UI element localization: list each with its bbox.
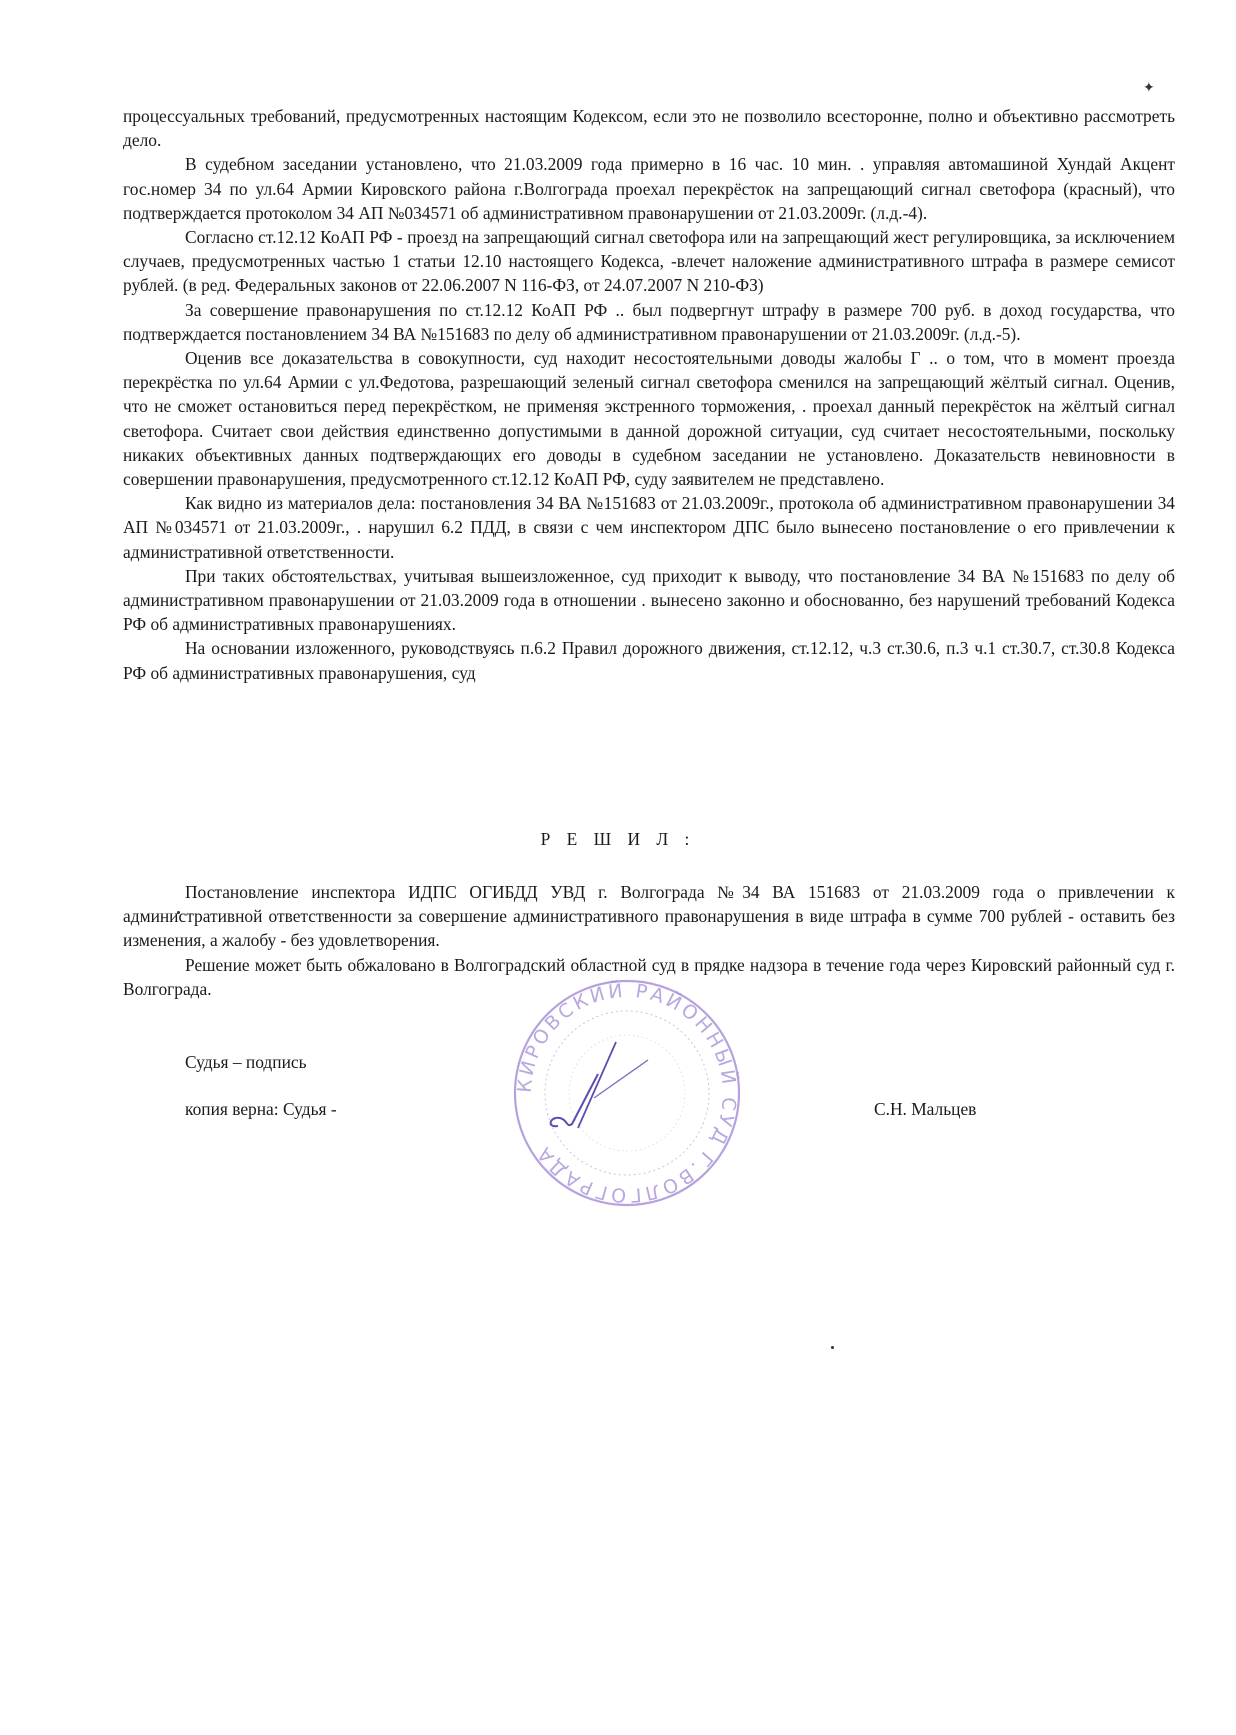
scan-mark: ✦ — [1143, 80, 1155, 97]
document-body: процессуальных требований, предусмотренн… — [123, 104, 1175, 685]
svg-text:КИРОВСКИЙ РАЙОННЫЙ СУД Г.ВОЛГО: КИРОВСКИЙ РАЙОННЫЙ СУД Г.ВОЛГОГРАДА — [514, 979, 741, 1207]
court-stamp-icon: КИРОВСКИЙ РАЙОННЫЙ СУД Г.ВОЛГОГРАДА — [498, 978, 756, 1208]
paragraph: За совершение правонарушения по ст.12.12… — [123, 298, 1175, 346]
paragraph: Оценив все доказательства в совокупности… — [123, 346, 1175, 491]
decision-paragraph: Постановление инспектора ИДПС ОГИБДД УВД… — [123, 880, 1175, 953]
judge-signature-label: Судья – подпись — [185, 1052, 307, 1073]
document-page: ✦ процессуальных требований, предусмотре… — [0, 0, 1236, 1735]
judge-name: С.Н. Мальцев — [874, 1099, 976, 1120]
scan-speck — [831, 1346, 834, 1349]
decision-heading: Р Е Ш И Л : — [0, 829, 1236, 850]
paragraph: В судебном заседании установлено, что 21… — [123, 152, 1175, 225]
copy-certified-label: копия верна: Судья - — [185, 1099, 337, 1120]
paragraph: процессуальных требований, предусмотренн… — [123, 104, 1175, 152]
paragraph: Как видно из материалов дела: постановле… — [123, 491, 1175, 564]
scan-speck — [177, 911, 180, 914]
paragraph: При таких обстоятельствах, учитывая выше… — [123, 564, 1175, 637]
paragraph: На основании изложенного, руководствуясь… — [123, 636, 1175, 684]
paragraph: Согласно ст.12.12 КоАП РФ - проезд на за… — [123, 225, 1175, 298]
